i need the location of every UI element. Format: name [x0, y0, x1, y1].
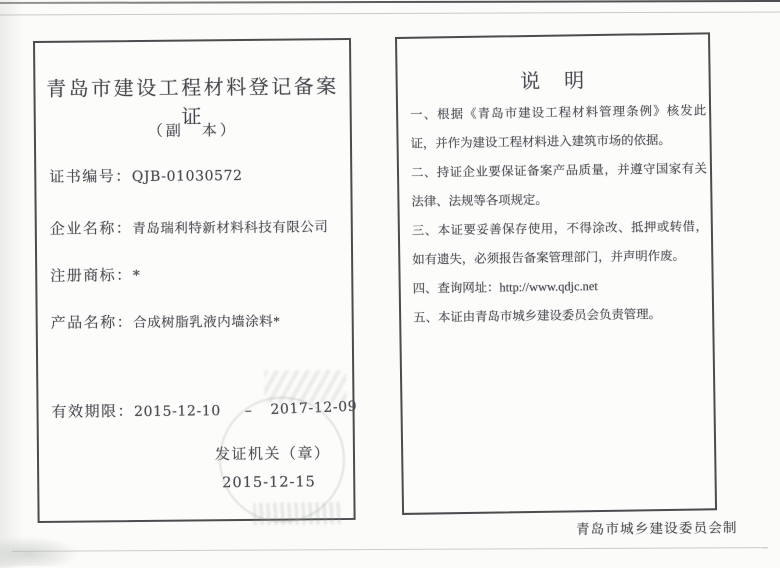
- seal-ink-noise: [253, 502, 341, 525]
- note-item-3: 三、本证要妥善保存使用，不得涂改、抵押或转借，如有遗失，必须报告备案管理部门，并…: [412, 212, 709, 274]
- field-value: 青岛瑞利特新材料科技有限公司: [132, 219, 328, 236]
- seal-ink-streaks: [264, 370, 346, 403]
- validity-from-date: 2015-12-10: [134, 403, 221, 420]
- note-item-5: 五、本证由青岛市城乡建设委员会负责管理。: [413, 299, 709, 332]
- scan-top-faint-line: [0, 12, 780, 16]
- certificate-page: 青岛市建设工程材料登记备案证 （副 本） 证书编号：QJB-01030572 企…: [33, 38, 356, 523]
- scan-left-shadow: [0, 0, 24, 568]
- note-item-4: 四、查询网址：http://www.qdjc.net: [413, 270, 709, 303]
- field-label: 证书编号：: [49, 169, 132, 186]
- scanned-certificate-document: { "colors": { "paper": "#fbfbf9", "ink":…: [0, 0, 780, 568]
- field-product-name: 产品名称：合成树脂乳液内墙涂料*: [51, 310, 281, 333]
- issuing-committee-imprint: 青岛市城乡建设委员会制: [576, 516, 738, 538]
- scan-bottom-left-smudge: [0, 536, 80, 566]
- scan-top-edge-line: [0, 0, 780, 4]
- notes-body: 一、根据《青岛市建设工程材料管理条例》核发此证，并作为建设工程材料进入建筑市场的…: [410, 96, 709, 332]
- field-registered-trademark: 注册商标：*: [50, 264, 140, 286]
- field-label: 企业名称：: [50, 221, 133, 238]
- field-label: 产品名称：: [51, 315, 134, 332]
- note-item-2: 二、持证企业要保证备案产品质量，并遵守国家有关法律、法规等各项规定。: [411, 154, 708, 216]
- field-company-name: 企业名称：青岛瑞利特新材料科技有限公司: [50, 215, 329, 239]
- field-label: 有效期限：: [51, 404, 134, 421]
- notes-page: 说 明 一、根据《青岛市建设工程材料管理条例》核发此证，并作为建设工程材料进入建…: [395, 32, 717, 515]
- field-certificate-number: 证书编号：QJB-01030572: [49, 164, 243, 187]
- field-value: 合成树脂乳液内墙涂料*: [133, 314, 280, 330]
- notes-title: 说 明: [397, 62, 708, 96]
- field-value: QJB-01030572: [132, 168, 243, 185]
- scan-bottom-edge-line: [12, 547, 768, 552]
- certificate-copy-type: （副 本）: [36, 118, 350, 142]
- note-item-1: 一、根据《青岛市建设工程材料管理条例》核发此证，并作为建设工程材料进入建筑市场的…: [410, 96, 707, 158]
- field-value: *: [133, 268, 141, 284]
- field-label: 注册商标：: [50, 268, 133, 285]
